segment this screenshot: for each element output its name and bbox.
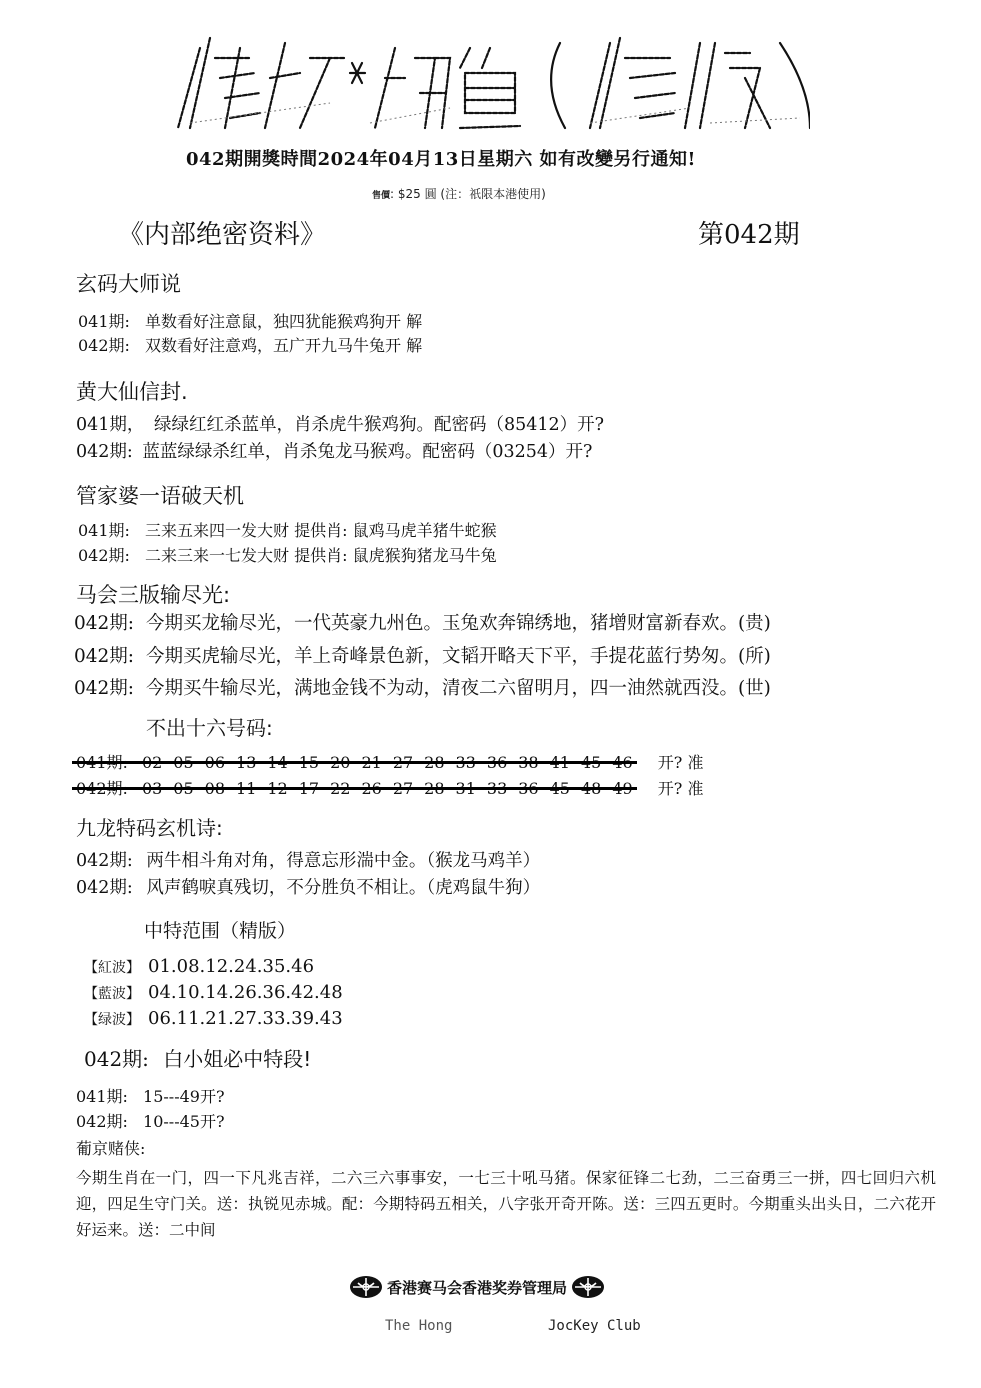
footer-organization: 香港赛马会香港奖券管理局 bbox=[349, 1275, 605, 1299]
wave-label: 【藍波】 bbox=[84, 986, 140, 1002]
number: 48 bbox=[581, 779, 601, 798]
section-title-pujing: 葡京赌侠: bbox=[76, 1136, 145, 1159]
period-label: 042期: bbox=[76, 878, 133, 898]
period-label: 042期: bbox=[74, 646, 134, 667]
period-label: 041期: bbox=[76, 1087, 128, 1106]
line-text: 二来三来一七发大财 提供肖: 鼠虎猴狗猪龙马牛兔 bbox=[145, 546, 497, 565]
number: 38 bbox=[518, 753, 538, 772]
line-text: 15---49开? bbox=[143, 1087, 225, 1106]
footer-english-right: JocKey Club bbox=[548, 1318, 641, 1334]
period-label: 042期: bbox=[76, 1112, 128, 1131]
number: 06 bbox=[205, 753, 225, 772]
org-name: 香港赛马会香港奖券管理局 bbox=[387, 1277, 567, 1298]
issue-number: 第042期 bbox=[698, 214, 800, 251]
number: 05 bbox=[173, 753, 193, 772]
number: 36 bbox=[487, 753, 507, 772]
banner-calligraphy-icon bbox=[170, 18, 810, 130]
number: 15 bbox=[299, 753, 319, 772]
number: 26 bbox=[361, 779, 381, 798]
period-label: 042期: bbox=[74, 613, 134, 634]
number: 13 bbox=[236, 753, 256, 772]
period-label: 041期: bbox=[78, 521, 130, 540]
excluded-numbers-row: 041期:02050613141520212728333638414546 开?… bbox=[76, 750, 703, 773]
number: 45 bbox=[581, 753, 601, 772]
period-label: 042期: bbox=[78, 546, 130, 565]
section-title-text: 白小姐必中特段! bbox=[163, 1047, 311, 1071]
number: 49 bbox=[612, 779, 632, 798]
wave-row-green: 【绿波】06.11.21.27.33.39.43 bbox=[84, 1008, 343, 1029]
baixiaojie-line: 042期: 10---45开? bbox=[76, 1109, 225, 1132]
guanjiapo-line: 042期: 二来三来一七发大财 提供肖: 鼠虎猴狗猪龙马牛兔 bbox=[78, 543, 497, 566]
pujing-paragraph: 今期生肖在一门，四一下凡兆吉祥，二六三六事事安，一七三十吼马猪。保家征锋二七劲，… bbox=[76, 1165, 936, 1243]
section-title-mahui: 马会三版输尽光: bbox=[76, 579, 230, 609]
line-text: 两牛相斗角对角，得意忘形湍中金。（猴龙马鸡羊） bbox=[146, 851, 540, 871]
jockey-club-emblem-icon bbox=[349, 1275, 383, 1299]
number: 14 bbox=[267, 753, 287, 772]
wave-numbers: 04.10.14.26.36.42.48 bbox=[148, 982, 343, 1003]
wave-label: 【绿波】 bbox=[84, 1012, 140, 1028]
jockey-club-emblem-icon bbox=[571, 1275, 605, 1299]
number: 27 bbox=[393, 779, 413, 798]
price-label: 售價 bbox=[372, 191, 390, 201]
number: 36 bbox=[518, 779, 538, 798]
line-text: 今期买虎输尽光，羊上奇峰景色新，文韬开略天下平，手提花蓝行势匆。(所) bbox=[146, 646, 771, 667]
struck-content: 041期:02050613141520212728333638414546 bbox=[76, 750, 633, 773]
struck-content: 042期:03050811121722262728313336454849 bbox=[76, 776, 633, 799]
draw-notice: 042期開獎時間2024年04月13日星期六 如有改變另行通知! bbox=[186, 145, 696, 171]
period-label: 041期: bbox=[76, 753, 128, 772]
period-label: 042期: bbox=[74, 678, 134, 699]
section-title-xuanma: 玄码大师说 bbox=[76, 268, 181, 298]
wave-row-red: 【紅波】01.08.12.24.35.46 bbox=[84, 956, 314, 977]
wave-numbers: 06.11.21.27.33.39.43 bbox=[148, 1008, 343, 1029]
line-text: 今期买龙输尽光，一代英豪九州色。玉兔欢奔锦绣地，猪增财富新春欢。(贵) bbox=[146, 613, 771, 634]
period-label: 042期: bbox=[84, 1047, 149, 1071]
xuanma-line: 042期: 双数看好注意鸡，五广开九马牛兔开 解 bbox=[78, 333, 422, 356]
number: 33 bbox=[487, 779, 507, 798]
period-label: 041期: bbox=[78, 312, 130, 331]
number: 03 bbox=[142, 779, 162, 798]
number: 33 bbox=[456, 753, 476, 772]
number: 05 bbox=[173, 779, 193, 798]
number: 21 bbox=[361, 753, 381, 772]
number: 20 bbox=[330, 753, 350, 772]
wave-numbers: 01.08.12.24.35.46 bbox=[148, 956, 314, 977]
huangdaxian-line: 041期， 绿绿红红杀蓝单，肖杀虎牛猴鸡狗。配密码（85412）开? bbox=[76, 411, 604, 436]
number: 28 bbox=[424, 753, 444, 772]
line-text: 双数看好注意鸡，五广开九马牛兔开 解 bbox=[145, 336, 422, 355]
section-title-guanjiapo: 管家婆一语破天机 bbox=[76, 480, 244, 510]
section-title-huangdaxian: 黄大仙信封. bbox=[76, 376, 188, 406]
line-text: 风声鹤唳真残切，不分胜负不相让。（虎鸡鼠牛狗） bbox=[146, 878, 540, 898]
line-text: 蓝蓝绿绿杀红单，肖杀兔龙马猴鸡。配密码（03254）开? bbox=[142, 442, 592, 462]
guanjiapo-line: 041期: 三来五来四一发大财 提供肖: 鼠鸡马虎羊猪牛蛇猴 bbox=[78, 518, 497, 541]
period-label: 042期: bbox=[76, 851, 133, 871]
section-title-jiulong: 九龙特码玄机诗: bbox=[76, 812, 223, 841]
line-text: 今期买牛输尽光，满地金钱不为动，清夜二六留明月，四一油然就西没。(世) bbox=[146, 678, 771, 699]
price-text: : $25 圓 (注：祇限本港使用) bbox=[390, 187, 546, 201]
line-text: 单数看好注意鼠，独四犹能猴鸡狗开 解 bbox=[145, 312, 422, 331]
number: 45 bbox=[550, 779, 570, 798]
number-list: 03050811121722262728313336454849 bbox=[142, 779, 633, 798]
section-title-zhongte: 中特范围（精版） bbox=[144, 916, 296, 943]
mahui-line: 042期: 今期买虎输尽光，羊上奇峰景色新，文韬开略天下平，手提花蓝行势匆。(所… bbox=[74, 642, 771, 668]
number: 08 bbox=[205, 779, 225, 798]
period-label: 042期: bbox=[76, 442, 133, 462]
period-label: 041期， bbox=[76, 415, 144, 435]
jiulong-line: 042期: 风声鹤唳真残切，不分胜负不相让。（虎鸡鼠牛狗） bbox=[76, 874, 540, 899]
xuanma-line: 041期: 单数看好注意鼠，独四犹能猴鸡狗开 解 bbox=[78, 309, 422, 332]
number: 41 bbox=[550, 753, 570, 772]
banner-title bbox=[170, 18, 810, 130]
huangdaxian-line: 042期: 蓝蓝绿绿杀红单，肖杀兔龙马猴鸡。配密码（03254）开? bbox=[76, 438, 592, 463]
jiulong-line: 042期: 两牛相斗角对角，得意忘形湍中金。（猴龙马鸡羊） bbox=[76, 847, 540, 872]
line-text: 绿绿红红杀蓝单，肖杀虎牛猴鸡狗。配密码（85412）开? bbox=[154, 415, 604, 435]
number: 31 bbox=[456, 779, 476, 798]
line-text: 三来五来四一发大财 提供肖: 鼠鸡马虎羊猪牛蛇猴 bbox=[145, 521, 497, 540]
mahui-line: 042期: 今期买龙输尽光，一代英豪九州色。玉兔欢奔锦绣地，猪增财富新春欢。(贵… bbox=[74, 609, 771, 635]
number: 02 bbox=[142, 753, 162, 772]
price-line: 售價: $25 圓 (注：祇限本港使用) bbox=[372, 185, 546, 202]
number: 11 bbox=[236, 779, 256, 798]
period-label: 042期: bbox=[78, 336, 130, 355]
number-list: 02050613141520212728333638414546 bbox=[142, 753, 633, 772]
number: 28 bbox=[424, 779, 444, 798]
number: 22 bbox=[330, 779, 350, 798]
footer-english-left: The Hong bbox=[385, 1318, 452, 1334]
mahui-line: 042期: 今期买牛输尽光，满地金钱不为动，清夜二六留明月，四一油然就西没。(世… bbox=[74, 674, 771, 700]
excluded-numbers-row: 042期:03050811121722262728313336454849 开?… bbox=[76, 776, 703, 799]
wave-row-blue: 【藍波】04.10.14.26.36.42.48 bbox=[84, 982, 343, 1003]
period-label: 042期: bbox=[76, 779, 128, 798]
result-tail: 开? 准 bbox=[658, 779, 704, 798]
wave-label: 【紅波】 bbox=[84, 960, 140, 976]
number: 12 bbox=[267, 779, 287, 798]
section-title-baixiaojie: 042期: 白小姐必中特段! bbox=[84, 1043, 311, 1072]
line-text: 10---45开? bbox=[143, 1112, 225, 1131]
section-title-buchu16: 不出十六号码: bbox=[146, 712, 273, 741]
doc-title: 《内部绝密资料》 bbox=[118, 214, 326, 251]
number: 27 bbox=[393, 753, 413, 772]
number: 17 bbox=[299, 779, 319, 798]
baixiaojie-line: 041期: 15---49开? bbox=[76, 1084, 225, 1107]
result-tail: 开? 准 bbox=[658, 753, 704, 772]
number: 46 bbox=[612, 753, 632, 772]
